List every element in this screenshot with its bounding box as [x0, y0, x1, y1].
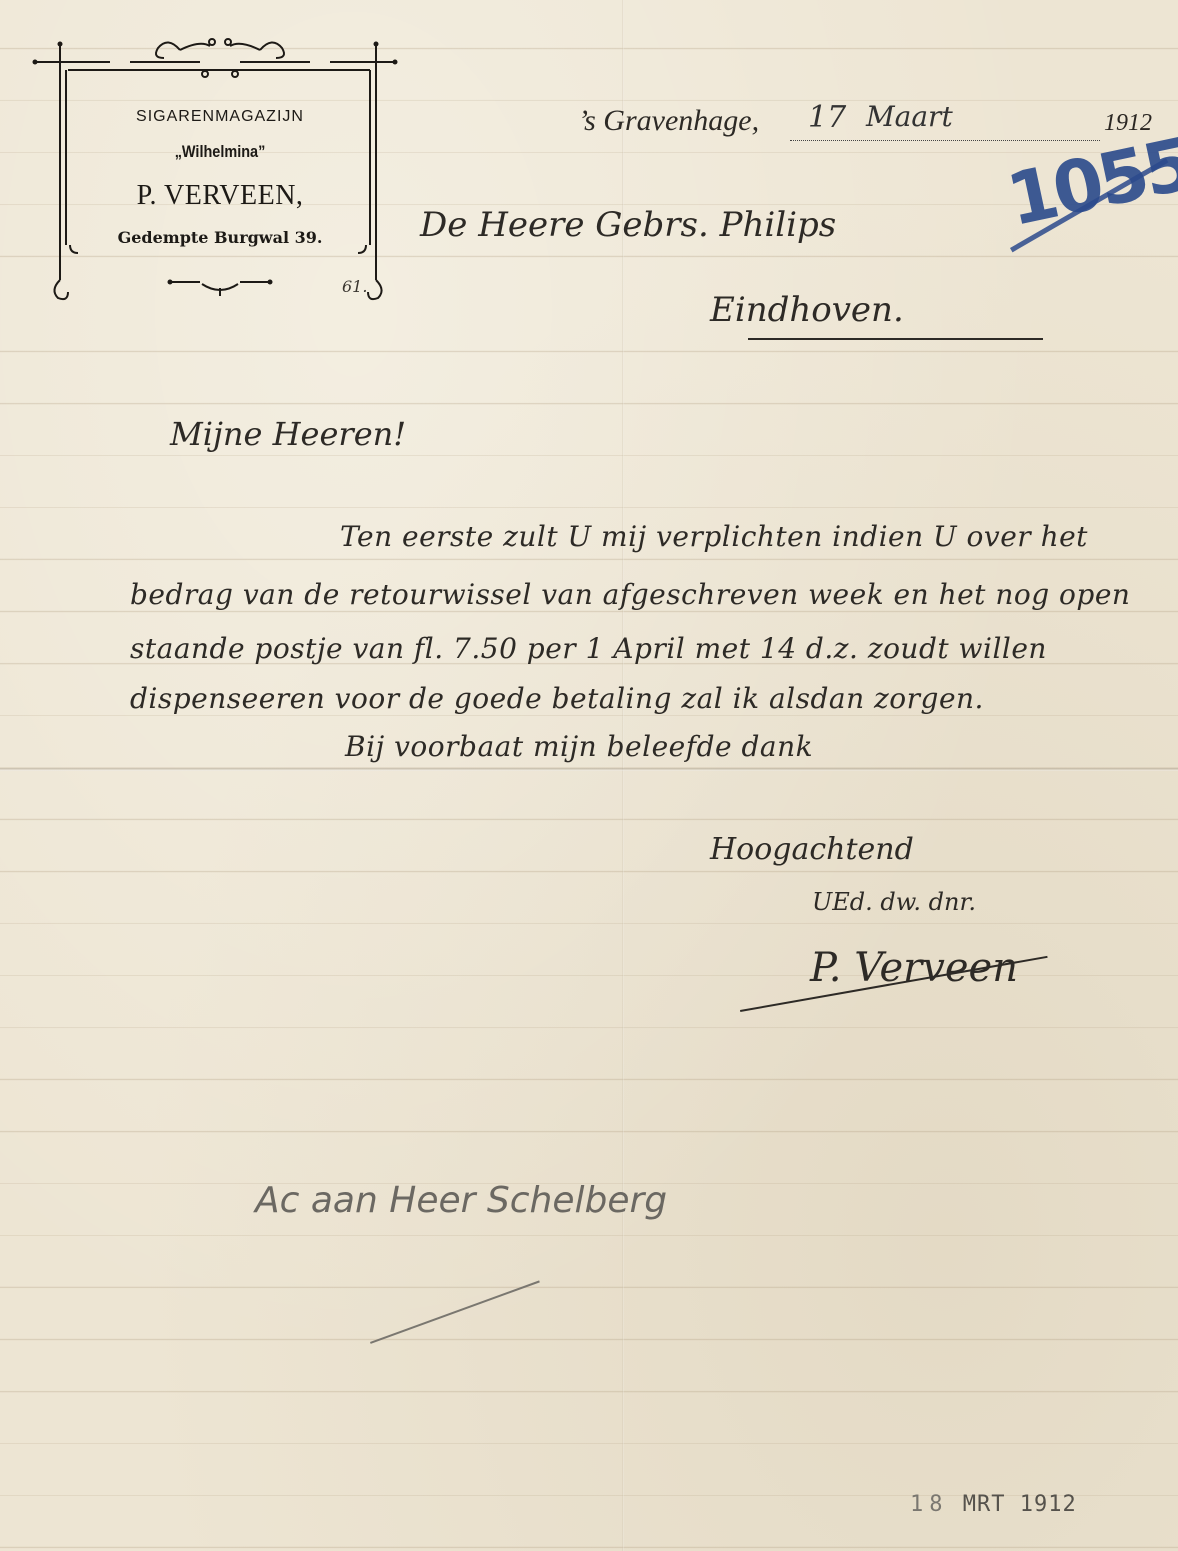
salutation: Mijne Heeren! [170, 415, 406, 453]
shop-type: SIGARENMAGAZIJN [90, 108, 350, 126]
date-month: Maart [866, 100, 953, 133]
printed-address: Gedempte Burgwal 39. [70, 228, 370, 247]
body-line: Ten eerste zult U mij verplichten indien… [340, 520, 1088, 553]
body-line: dispenseeren voor de goede betaling zal … [130, 682, 984, 715]
horizontal-fold [0, 768, 1178, 771]
recipient-name: De Heere Gebrs. Philips [420, 205, 836, 245]
stamp-day: 18 [910, 1492, 949, 1517]
stamp-month-year: MRT 1912 [963, 1492, 1077, 1517]
body-line: staande postje van fl. 7.50 per 1 April … [130, 632, 1047, 665]
ornamental-frame-icon [30, 30, 410, 310]
owner-name: P. VERVEEN, [70, 180, 370, 212]
body-line: bedrag van de retourwissel van afgeschre… [130, 578, 1130, 611]
date-day: 17 [808, 100, 846, 135]
body-line: Bij voorbaat mijn beleefde dank [345, 730, 813, 763]
closing: Hoogachtend [710, 832, 914, 867]
closing-abbreviation: UEd. dw. dnr. [812, 888, 976, 916]
pencil-note: Ac aan Heer Schelberg [255, 1180, 667, 1221]
letterhead: SIGARENMAGAZIJN „Wilhelmina” P. VERVEEN,… [30, 30, 410, 310]
address-correction: 61. [342, 277, 367, 296]
city-underline [748, 338, 1043, 340]
place-name: ’s Gravenhage, [578, 104, 759, 138]
shop-name: „Wilhelmina” [110, 142, 331, 162]
date-dotted-line [790, 140, 1100, 141]
recipient-city: Eindhoven. [710, 290, 904, 330]
received-stamp: 18 MRT 1912 [910, 1492, 1077, 1517]
